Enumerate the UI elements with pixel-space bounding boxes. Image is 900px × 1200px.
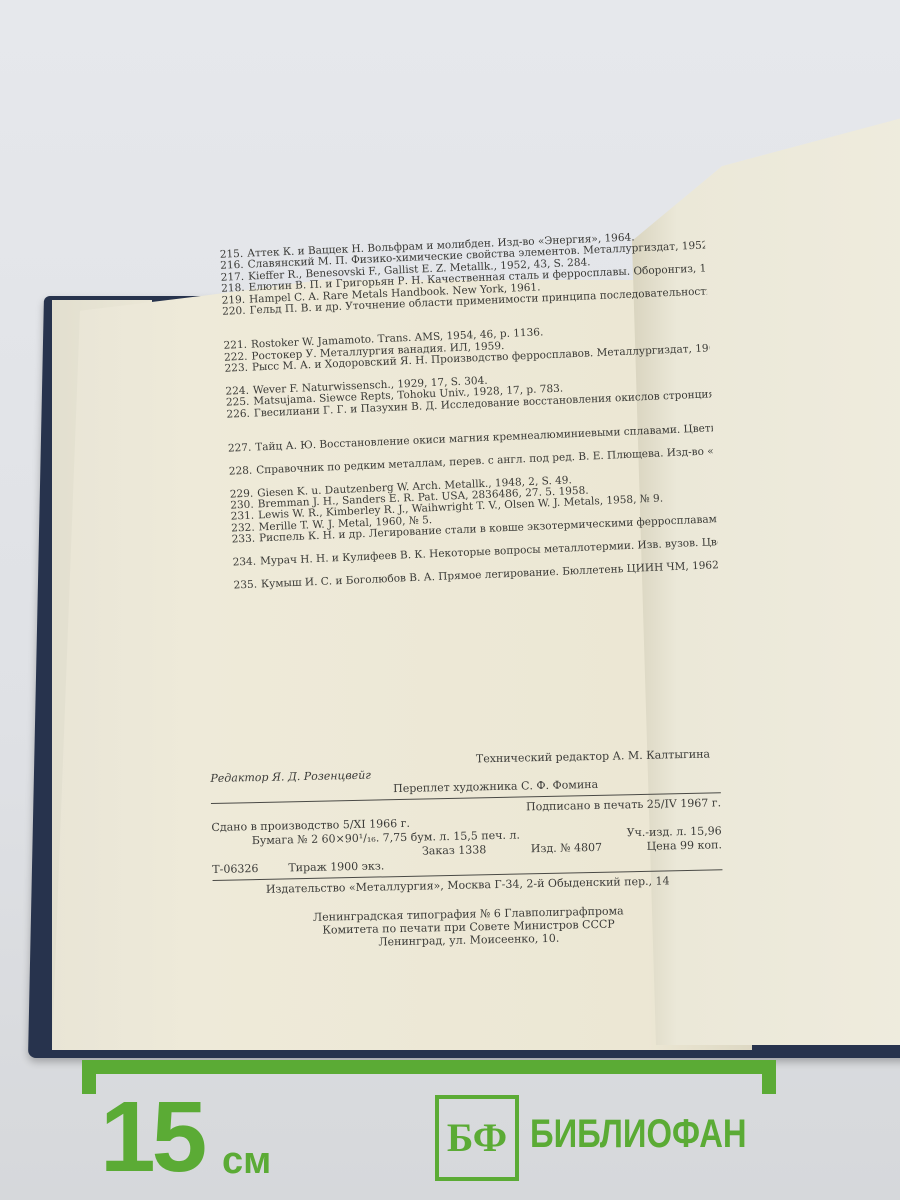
size-unit: см <box>222 1140 271 1183</box>
order-number: Заказ 1338 <box>422 843 487 858</box>
size-value: 15 <box>100 1080 203 1195</box>
reference-list: 215.Аттек К. и Ваццек Н. Вольфрам и моли… <box>215 229 719 591</box>
publication-number: Изд. № 4807 <box>531 841 603 856</box>
book-logo-icon: БФ <box>435 1095 519 1181</box>
colophon: Технический редактор А. М. Калтыгина Ред… <box>210 747 724 952</box>
code: Т-06326 <box>212 862 258 877</box>
brand-name: БИБЛИОФАН <box>530 1112 747 1157</box>
binding-artist: Переплет художника С. Ф. Фомина <box>393 778 598 796</box>
logo-letters: БФ <box>447 1115 507 1160</box>
price: Цена 99 коп. <box>646 838 722 854</box>
print-run: Тираж 1900 экз. <box>288 859 384 875</box>
